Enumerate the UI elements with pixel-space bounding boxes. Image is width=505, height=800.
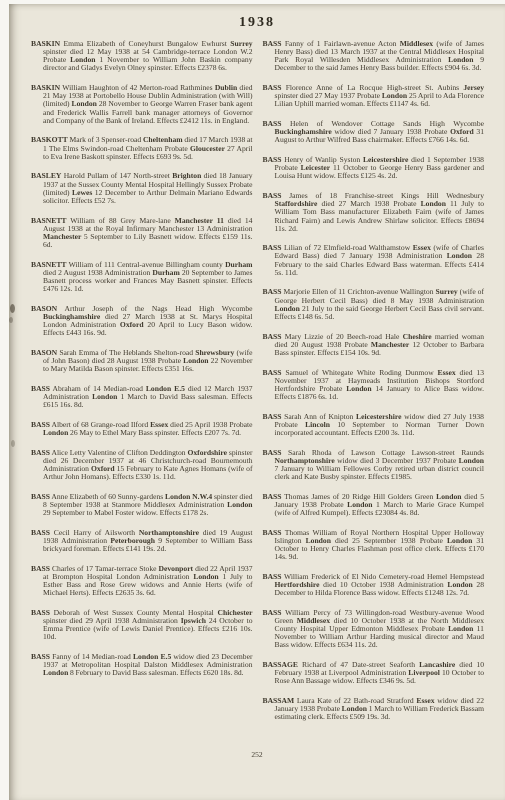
probate-entry: BASS Anne Elizabeth of 60 Sunny-gardens … [31, 493, 253, 517]
probate-entry: BASS Fanny of 1 Fairlawn-avenue Acton Mi… [263, 40, 485, 73]
entry-text: 26 May to Ethel Mary Bass spinster. Effe… [68, 428, 241, 437]
probate-entry: BASS Charles of 17 Tamar-terrace Stoke D… [31, 565, 253, 598]
probate-entry: BASS Sarah Ann of Knipton Leicestershire… [263, 413, 485, 437]
entry-bold-text: Oxford [120, 320, 144, 329]
entry-bold-text: London [346, 384, 371, 393]
probate-entry: BASS Thomas James of 20 Ridge Hill Golde… [263, 493, 485, 517]
probate-entry: BASS Deborah of West Sussex County Menta… [31, 609, 253, 642]
entry-text: 29 September to Mabel Foster widow. Effe… [43, 508, 208, 517]
probate-entry: BASS Samuel of Whitegate White Roding Du… [263, 369, 485, 402]
probate-entry: BASNETT William of 88 Grey Mare-lane Man… [31, 217, 253, 250]
probate-entry: BASS Cecil Harry of Ailsworth Northampto… [31, 529, 253, 553]
probate-entry: BASSAM Laura Kate of 22 Bath-road Stratf… [263, 697, 485, 721]
probate-entry: BASS Marjorie Ellen of 11 Crichton-avenu… [263, 288, 485, 321]
probate-entry: BASS William Frederick of El Nido Cemete… [263, 573, 485, 597]
entry-bold-text: London [92, 392, 117, 401]
probate-entry: BASLEY Harold Pullam of 147 North-street… [31, 172, 253, 205]
entry-text: 8 February to David Bass salesman. Effec… [68, 668, 243, 677]
probate-entry: BASS Mary Lizzie of 20 Beech-road Hale C… [263, 333, 485, 357]
right-column: BASS Fanny of 1 Fairlawn-avenue Acton Mi… [263, 40, 485, 733]
entry-bold-text: Gloucester [190, 144, 225, 153]
probate-entry: BASS Sarah Rhoda of Lawson Cottage Lawso… [263, 449, 485, 482]
probate-entry: BASNETT William of 111 Central-avenue Bi… [31, 261, 253, 294]
probate-entry: BASS Fanny of 14 Median-road London E.5 … [31, 653, 253, 677]
probate-entry: BASS Albert of 68 Grange-road Ilford Ess… [31, 421, 253, 437]
entry-bold-text: London [43, 668, 68, 677]
probate-entry: BASKIN Emma Elizabeth of Coneyhurst Bung… [31, 40, 253, 73]
entry-bold-text: London [43, 428, 68, 437]
probate-entry: BASS Henry of Wanlip Syston Leicestershi… [263, 156, 485, 180]
probate-entry: BASON Sarah Emma of The Heblands Shelton… [31, 349, 253, 373]
probate-entry: BASKIN William Haughton of 42 Merton-roa… [31, 84, 253, 125]
ink-smudge [11, 440, 15, 447]
probate-entry: BASSAGE Richard of 47 Date-street Seafor… [263, 661, 485, 685]
entry-text: 21 July to the said George Herbert Cecil… [275, 304, 485, 321]
probate-entry: BASS Alice Letty Valentine of Clifton De… [31, 449, 253, 482]
probate-entry: BASS Helen of Wendover Cottage Sands Hig… [263, 120, 485, 144]
probate-entry: BASS Lilian of 72 Elmfield-road Walthams… [263, 244, 485, 277]
probate-entry: BASS James of 18 Franchise-street Kings … [263, 192, 485, 233]
entry-columns: BASKIN Emma Elizabeth of Coneyhurst Bung… [9, 31, 505, 733]
probate-entry: BASS Thomas William of Royal Northern Ho… [263, 529, 485, 562]
probate-entry: BASS Abraham of 14 Median-road London E.… [31, 385, 253, 409]
left-column: BASKIN Emma Elizabeth of Coneyhurst Bung… [31, 40, 253, 733]
ink-smudge [9, 317, 13, 323]
probate-entry: BASKOTT Mark of 3 Spenser-road Cheltenha… [31, 136, 253, 160]
page-number: 252 [9, 750, 505, 759]
scanned-page: 1938 BASKIN Emma Elizabeth of Coneyhurst… [9, 4, 505, 800]
probate-entry: BASS William Percy of 73 Willingdon-road… [263, 609, 485, 650]
page-year-heading: 1938 [9, 4, 505, 31]
probate-entry: BASON Arthur Joseph of the Nags Head Hig… [31, 305, 253, 338]
entry-bold-text: London [227, 500, 252, 509]
entry-text: 7 January to William Fellowes Corby reti… [275, 464, 485, 481]
ink-smudge [10, 304, 15, 313]
probate-entry: BASS Florence Anne of La Rocque High-str… [263, 84, 485, 108]
